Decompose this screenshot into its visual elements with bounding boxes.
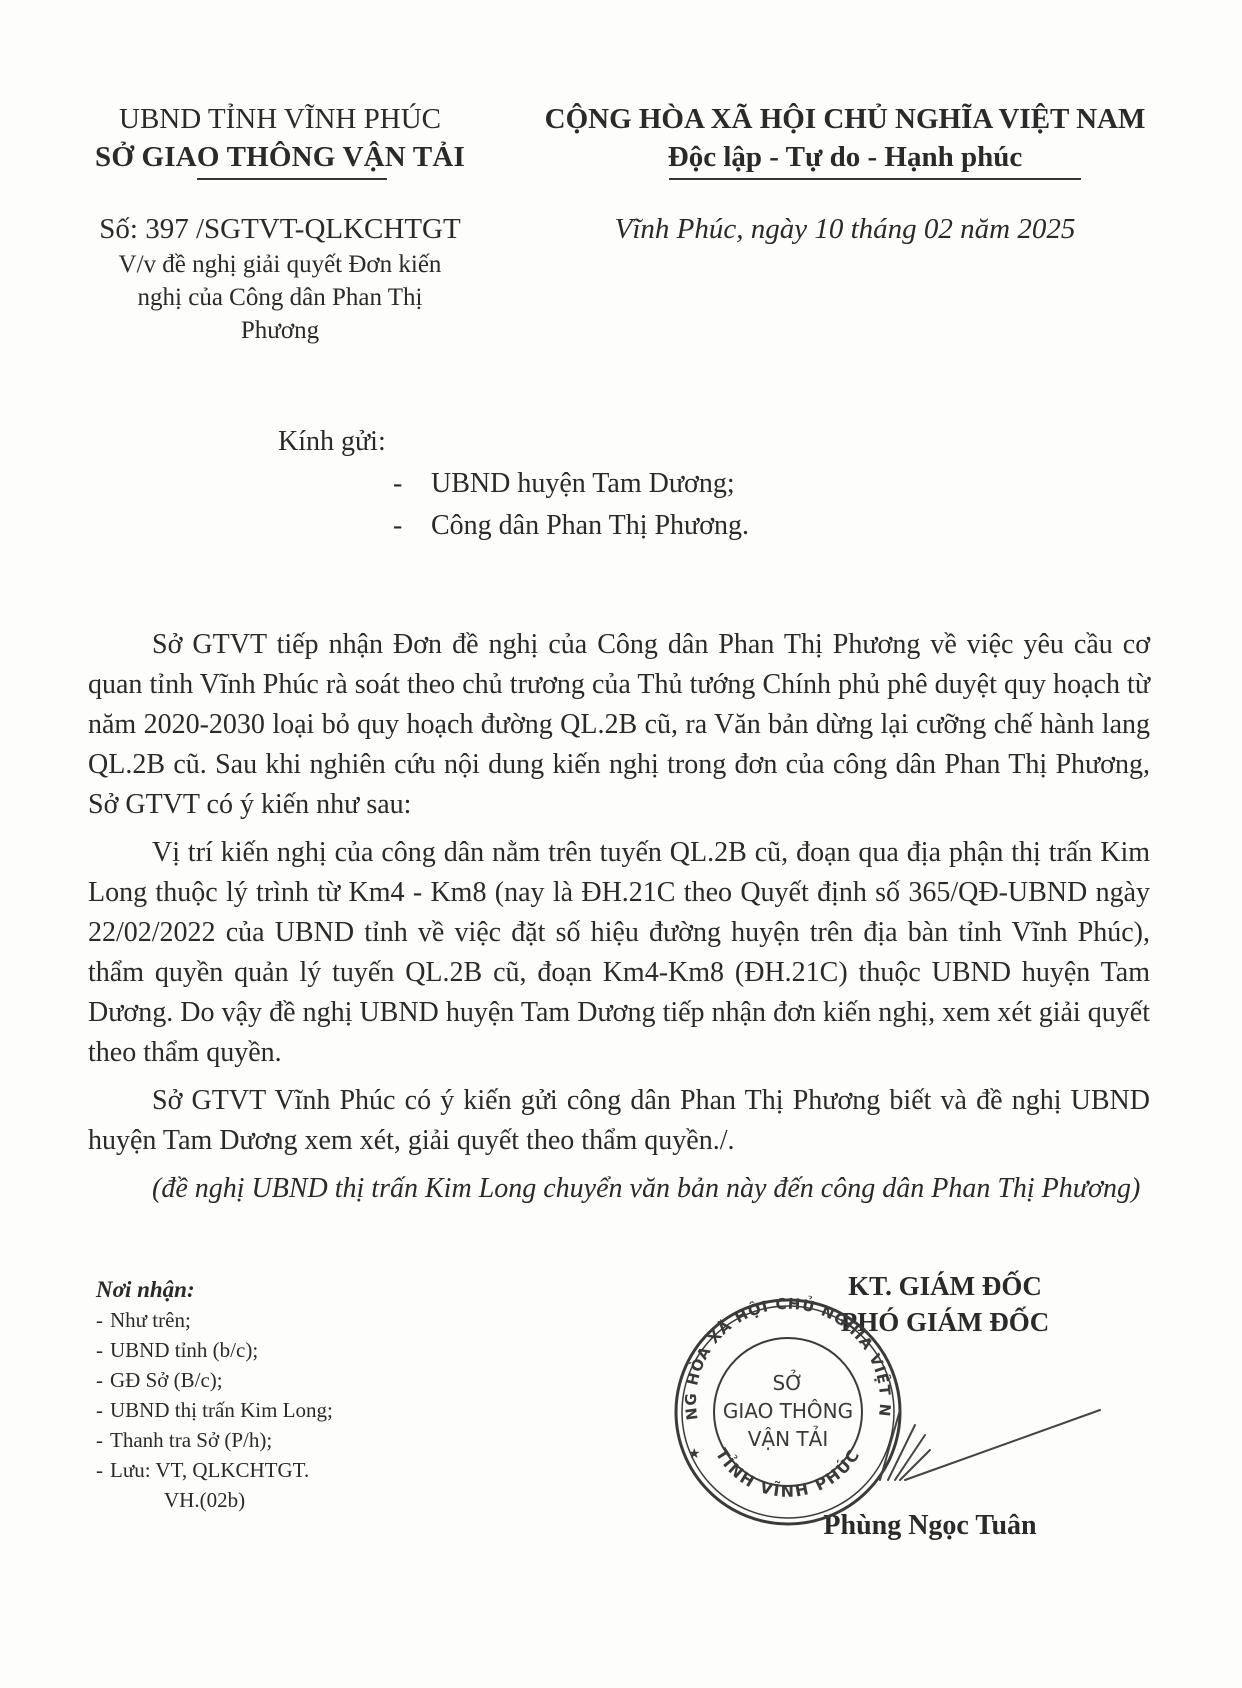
distribution-item: Lưu: VT, QLKCHTGT.	[96, 1455, 333, 1485]
recipient-item: UBND huyện Tam Dương;	[393, 463, 749, 505]
place-date-line: Vĩnh Phúc, ngày 10 tháng 02 năm 2025	[505, 210, 1185, 248]
issuing-authority-block: UBND TỈNH VĨNH PHÚC SỞ GIAO THÔNG VẬN TẢ…	[60, 100, 500, 180]
distribution-item: Như trên;	[96, 1305, 333, 1335]
body-paragraph: Sở GTVT Vĩnh Phúc có ý kiến gửi công dân…	[88, 1081, 1150, 1161]
forwarding-note: (đề nghị UBND thị trấn Kim Long chuyển v…	[88, 1169, 1150, 1209]
subject-line-2: nghị của Công dân Phan Thị	[60, 281, 500, 314]
stamp-center-line: SỞ	[773, 1370, 804, 1395]
letter-body: Sở GTVT tiếp nhận Đơn đề nghị của Công d…	[88, 625, 1150, 1217]
distribution-continuation: VH.(02b)	[96, 1485, 333, 1515]
recipient-item: Công dân Phan Thị Phương.	[393, 505, 749, 547]
national-header-block: CỘNG HÒA XÃ HỘI CHỦ NGHĨA VIỆT NAM Độc l…	[505, 100, 1185, 180]
department-name: SỞ GIAO THÔNG VẬN TẢI	[60, 138, 500, 176]
subject-line-3: Phương	[60, 314, 500, 347]
svg-text:★: ★	[688, 1447, 701, 1462]
body-paragraph: Sở GTVT tiếp nhận Đơn đề nghị của Công d…	[88, 625, 1150, 825]
distribution-item: UBND tỉnh (b/c);	[96, 1335, 333, 1365]
stamp-center-line: GIAO THÔNG	[723, 1399, 853, 1423]
department-underline	[197, 178, 387, 180]
recipients-label: Kính gửi:	[278, 423, 386, 461]
svg-text:TỈNH VĨNH PHÚC: TỈNH VĨNH PHÚC	[712, 1445, 864, 1501]
national-motto: Độc lập - Tự do - Hạnh phúc	[505, 138, 1185, 176]
handwritten-signature-icon	[870, 1380, 1110, 1500]
subject-line-1: V/v đề nghị giải quyết Đơn kiến	[60, 248, 500, 281]
national-title: CỘNG HÒA XÃ HỘI CHỦ NGHĨA VIỆT NAM	[505, 100, 1185, 138]
distribution-block: Nơi nhận: Như trên; UBND tỉnh (b/c); GĐ …	[96, 1275, 333, 1515]
reference-block: Số: 397 /SGTVT-QLKCHTGT V/v đề nghị giải…	[60, 210, 500, 347]
body-paragraph: Vị trí kiến nghị của công dân nằm trên t…	[88, 833, 1150, 1073]
distribution-item: Thanh tra Sở (P/h);	[96, 1425, 333, 1455]
recipients-list: UBND huyện Tam Dương; Công dân Phan Thị …	[393, 463, 749, 547]
distribution-item: UBND thị trấn Kim Long;	[96, 1395, 333, 1425]
distribution-list: Như trên; UBND tỉnh (b/c); GĐ Sở (B/c); …	[96, 1305, 333, 1485]
distribution-item: GĐ Sở (B/c);	[96, 1365, 333, 1395]
stamp-center-line: VẬN TẢI	[748, 1426, 828, 1451]
authority-name: UBND TỈNH VĨNH PHÚC	[60, 100, 500, 138]
stamp-ring-bottom: TỈNH VĨNH PHÚC	[712, 1445, 864, 1501]
motto-underline	[669, 178, 1081, 180]
document-number: Số: 397 /SGTVT-QLKCHTGT	[60, 210, 500, 248]
distribution-title: Nơi nhận:	[96, 1275, 333, 1305]
